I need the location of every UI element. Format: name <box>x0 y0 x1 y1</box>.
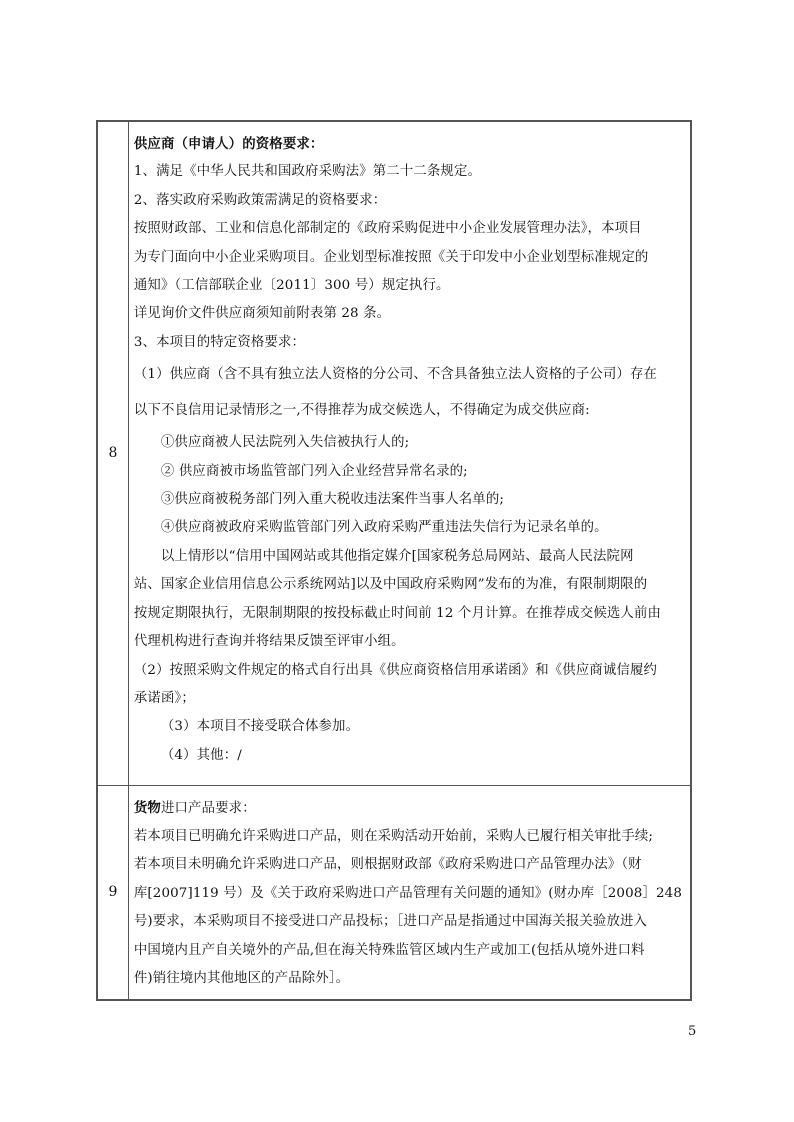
row-number: 8 <box>97 121 128 785</box>
section-heading: 供应商（申请人）的资格要求： <box>134 130 682 158</box>
text-line: 承诺函》； <box>134 685 682 713</box>
list-item: ② 供应商被市场监管部门列入企业经营异常名录的; <box>134 458 682 486</box>
heading-rest: 进口产品要求： <box>161 801 256 816</box>
import-product-requirements: 货物进口产品要求： 若本项目已明确允许采购进口产品，则在采购活动开始前，采购人已… <box>128 785 691 1000</box>
heading-bold-part: 货物 <box>134 800 161 816</box>
list-item: （3）本项目不接受联合体参加。 <box>134 713 682 741</box>
text-line: 详见询价文件供应商须知前附表第 28 条。 <box>134 300 682 328</box>
text-line: 2、落实政府采购政策需满足的资格要求： <box>134 187 682 215</box>
list-item: ③供应商被税务部门列入重大税收违法案件当事人名单的; <box>134 486 682 514</box>
text-line: 按规定期限执行，无限制期限的按投标截止时间前 12 个月计算。在推荐成交候选人前… <box>134 600 682 628</box>
text-line: 为专门面向中小企业采购项目。企业划型标准按照《关于印发中小企业划型标准规定的 <box>134 244 682 272</box>
text-line: 中国境内且产自关境外的产品,但在海关特殊监管区域内生产或加工(包括从境外进口料 <box>134 937 682 965</box>
text-line: 1、满足《中华人民共和国政府采购法》第二十二条规定。 <box>134 158 682 186</box>
text-line: 若本项目已明确允许采购进口产品，则在采购活动开始前，采购人已履行相关审批手续; <box>134 823 682 851</box>
text-line: 以上情形以“信用中国网站或其他指定媒介[国家税务总局网站、最高人民法院网 <box>134 543 682 571</box>
table-row-9: 9 货物进口产品要求： 若本项目已明确允许采购进口产品，则在采购活动开始前，采购… <box>97 785 691 1000</box>
text-line: （2）按照采购文件规定的格式自行出具《供应商资格信用承诺函》和《供应商诚信履约 <box>134 657 682 685</box>
text-line: （1）供应商（含不具有独立法人资格的分公司、不含具备独立法人资格的子公司）存在 <box>134 357 682 393</box>
text-line: 站、国家企业信用信息公示系统网站]以及中国政府采购网”发布的为准，有限制期限的 <box>134 571 682 599</box>
list-item: ④供应商被政府采购监管部门列入政府采购严重违法失信行为记录名单的。 <box>134 514 682 542</box>
text-line: 件)销往境内其他地区的产品除外］。 <box>134 965 682 993</box>
page-number: 5 <box>688 1024 696 1039</box>
text-line: 以下不良信用记录情形之一,不得推荐为成交候选人，不得确定为成交供应商: <box>134 393 682 429</box>
text-line: 3、本项目的特定资格要求： <box>134 329 682 357</box>
text-line: 若本项目未明确允许采购进口产品，则根据财政部《政府采购进口产品管理办法》（财 <box>134 851 682 879</box>
text-line: 号)要求，本采购项目不接受进口产品投标；［进口产品是指通过中国海关报关验放进入 <box>134 908 682 936</box>
text-line: 库[2007]119 号）及《关于政府采购进口产品管理有关问题的通知》(财办库［… <box>134 880 682 908</box>
row-number: 9 <box>97 785 128 1000</box>
list-item: （4）其他：/ <box>134 742 682 770</box>
requirements-table: 8 供应商（申请人）的资格要求： 1、满足《中华人民共和国政府采购法》第二十二条… <box>96 120 692 1001</box>
list-item: ①供应商被人民法院列入失信被执行人的; <box>134 429 682 457</box>
supplier-qualification-requirements: 供应商（申请人）的资格要求： 1、满足《中华人民共和国政府采购法》第二十二条规定… <box>128 121 691 785</box>
table-row-8: 8 供应商（申请人）的资格要求： 1、满足《中华人民共和国政府采购法》第二十二条… <box>97 121 691 785</box>
text-line: 代理机构进行查询并将结果反馈至评审小组。 <box>134 628 682 656</box>
text-line: 按照财政部、工业和信息化部制定的《政府采购促进中小企业发展管理办法》，本项目 <box>134 215 682 243</box>
text-line: 通知》（工信部联企业〔2011〕300 号）规定执行。 <box>134 272 682 300</box>
section-heading: 货物进口产品要求： <box>134 794 682 823</box>
